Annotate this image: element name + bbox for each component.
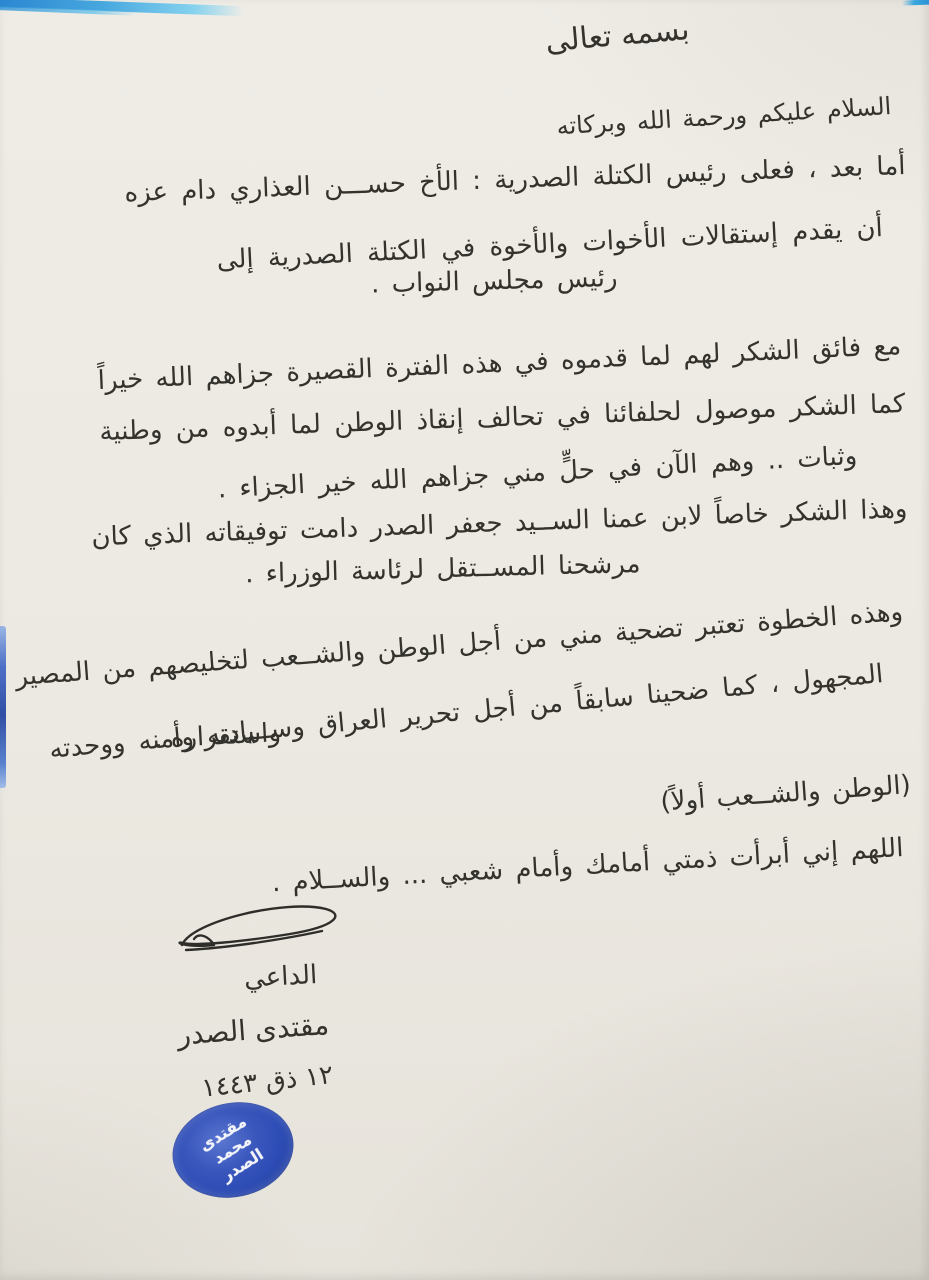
blue-marker-mark-top-right [902,0,929,6]
stamp-text: مقتدى محمد الصدر [187,1107,279,1193]
blue-marker-strip-left-edge [0,626,6,788]
signature-title: الداعي [243,960,318,994]
paragraph1-line3: رئيس مجلس النواب . [370,263,617,299]
signature-flourish [168,893,363,971]
letter-photo: بسمه تعالى السلام عليكم ورحمة الله وبركا… [0,0,929,1280]
